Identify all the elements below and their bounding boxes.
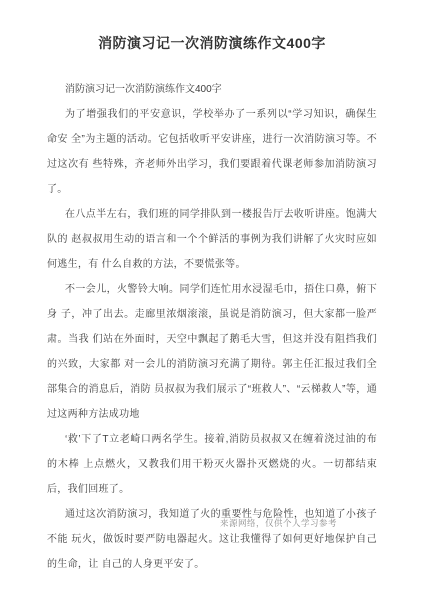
source-note: 来源网络，仅供个人学习参考 [0, 517, 337, 529]
document-subtitle: 消防演习记一次消防演练作文400字 [47, 77, 377, 102]
paragraph-4: ‘救’下了T立老崎口两名学生。接着,消防员叔叔又在缠着浇过油的布的木棒 上点燃火… [47, 427, 377, 502]
paragraph-2: 在八点半左右，我们班的同学排队到一楼报告厅去收听讲座。饱满大队的 赵叔叔用生动的… [47, 202, 377, 277]
document-title: 消防演习记一次消防演练作文400字 [47, 33, 377, 53]
paragraph-3: 不一会儿，火警铃大响。同学们连忙用水浸湿毛巾，捂住口鼻，俯下身 子，冲了出去。走… [47, 277, 377, 427]
paragraph-1: 为了增强我们的平安意识，学校举办了一系列以“学习知识，确保生命安 全”为主题的活… [47, 102, 377, 202]
paragraph-5: 通过这次消防演习，我知道了火的重要性与危险性，也知道了小孩子不能 玩火，做饭时要… [47, 502, 377, 577]
document-page: 消防演习记一次消防演练作文400字 消防演习记一次消防演练作文400字 为了增强… [0, 0, 423, 600]
document-content: 消防演习记一次消防演练作文400字 消防演习记一次消防演练作文400字 为了增强… [47, 33, 377, 577]
